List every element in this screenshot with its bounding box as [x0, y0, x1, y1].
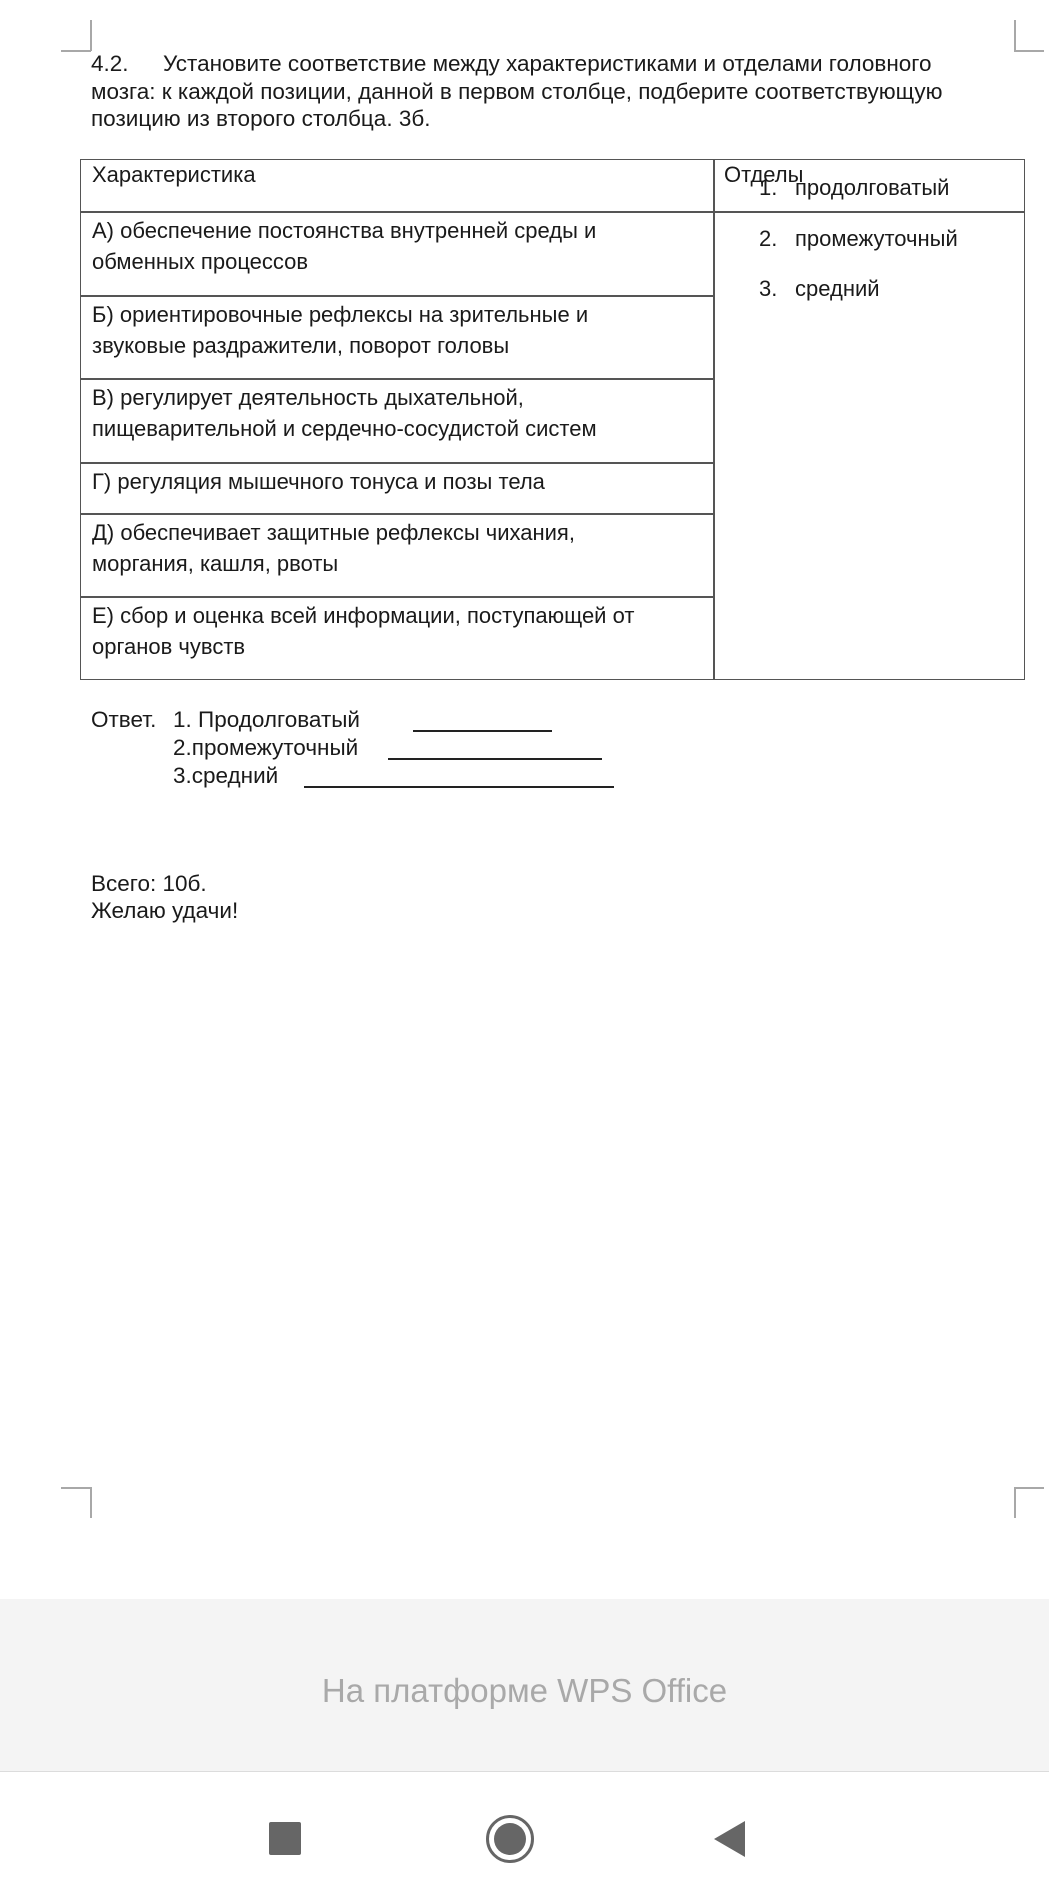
column-divider	[713, 160, 715, 679]
crop-mark-top-left	[61, 50, 91, 52]
task-heading: 4.2.Установите соответствие между характ…	[91, 50, 1031, 133]
answer-item: 1. Продолговатый	[173, 706, 360, 734]
answer-item: 2.промежуточный	[173, 734, 358, 762]
row-divider	[81, 596, 713, 598]
task-text-line: мозга: к каждой позиции, данной в первом…	[91, 78, 1031, 106]
table-row: Д) обеспечивает защитные рефлексы чихани…	[92, 517, 575, 579]
answer-blank-line	[388, 758, 602, 760]
task-text-line: Установите соответствие между характерис…	[163, 51, 932, 76]
table-row: Е) сбор и оценка всей информации, поступ…	[92, 600, 634, 662]
crop-mark-top-right	[1014, 20, 1016, 51]
crop-mark-bottom-right	[1014, 1487, 1016, 1518]
recent-apps-icon[interactable]	[269, 1822, 301, 1855]
task-text-line: позицию из второго столбца. 3б.	[91, 105, 1031, 133]
table-row: Б) ориентировочные рефлексы на зрительны…	[92, 299, 588, 361]
table-row: А) обеспечение постоянства внутренней ср…	[92, 215, 596, 277]
crop-mark-bottom-left	[90, 1487, 92, 1518]
answer-label: Ответ.	[91, 706, 156, 734]
list-item: 3.средний	[759, 273, 958, 324]
row-divider	[81, 513, 713, 515]
crop-mark-bottom-left	[61, 1487, 91, 1489]
header-characteristic: Характеристика	[92, 159, 256, 190]
task-number: 4.2.	[91, 50, 163, 78]
answer-blank-line	[413, 730, 552, 732]
home-icon[interactable]	[486, 1815, 534, 1863]
total-score: Всего: 10б.	[91, 870, 238, 897]
table-row: В) регулирует деятельность дыхательной, …	[92, 382, 597, 444]
document-page: 4.2.Установите соответствие между характ…	[0, 0, 1049, 1599]
crop-mark-top-left	[90, 20, 92, 51]
crop-mark-bottom-right	[1014, 1487, 1044, 1489]
answer-blank-line	[304, 786, 614, 788]
row-divider	[81, 378, 713, 380]
list-item: 1.продолговатый	[759, 172, 958, 223]
back-icon[interactable]	[714, 1821, 745, 1857]
system-navigation-bar	[0, 1772, 1049, 1902]
closing-wish: Желаю удачи!	[91, 897, 238, 924]
list-item: 2.промежуточный	[759, 223, 958, 274]
row-divider	[81, 295, 713, 297]
row-divider	[81, 462, 713, 464]
wps-brand-text: На платформе WPS Office	[0, 1671, 1049, 1711]
sections-list: 1.продолговатый 2.промежуточный 3.средни…	[759, 172, 958, 324]
table-row: Г) регуляция мышечного тонуса и позы тел…	[92, 466, 545, 497]
answer-item: 3.средний	[173, 762, 278, 790]
total-block: Всего: 10б. Желаю удачи!	[91, 870, 238, 924]
matching-table: Характеристика Отделы А) обеспечение пос…	[80, 159, 1025, 680]
wps-footer: На платформе WPS Office	[0, 1599, 1049, 1772]
